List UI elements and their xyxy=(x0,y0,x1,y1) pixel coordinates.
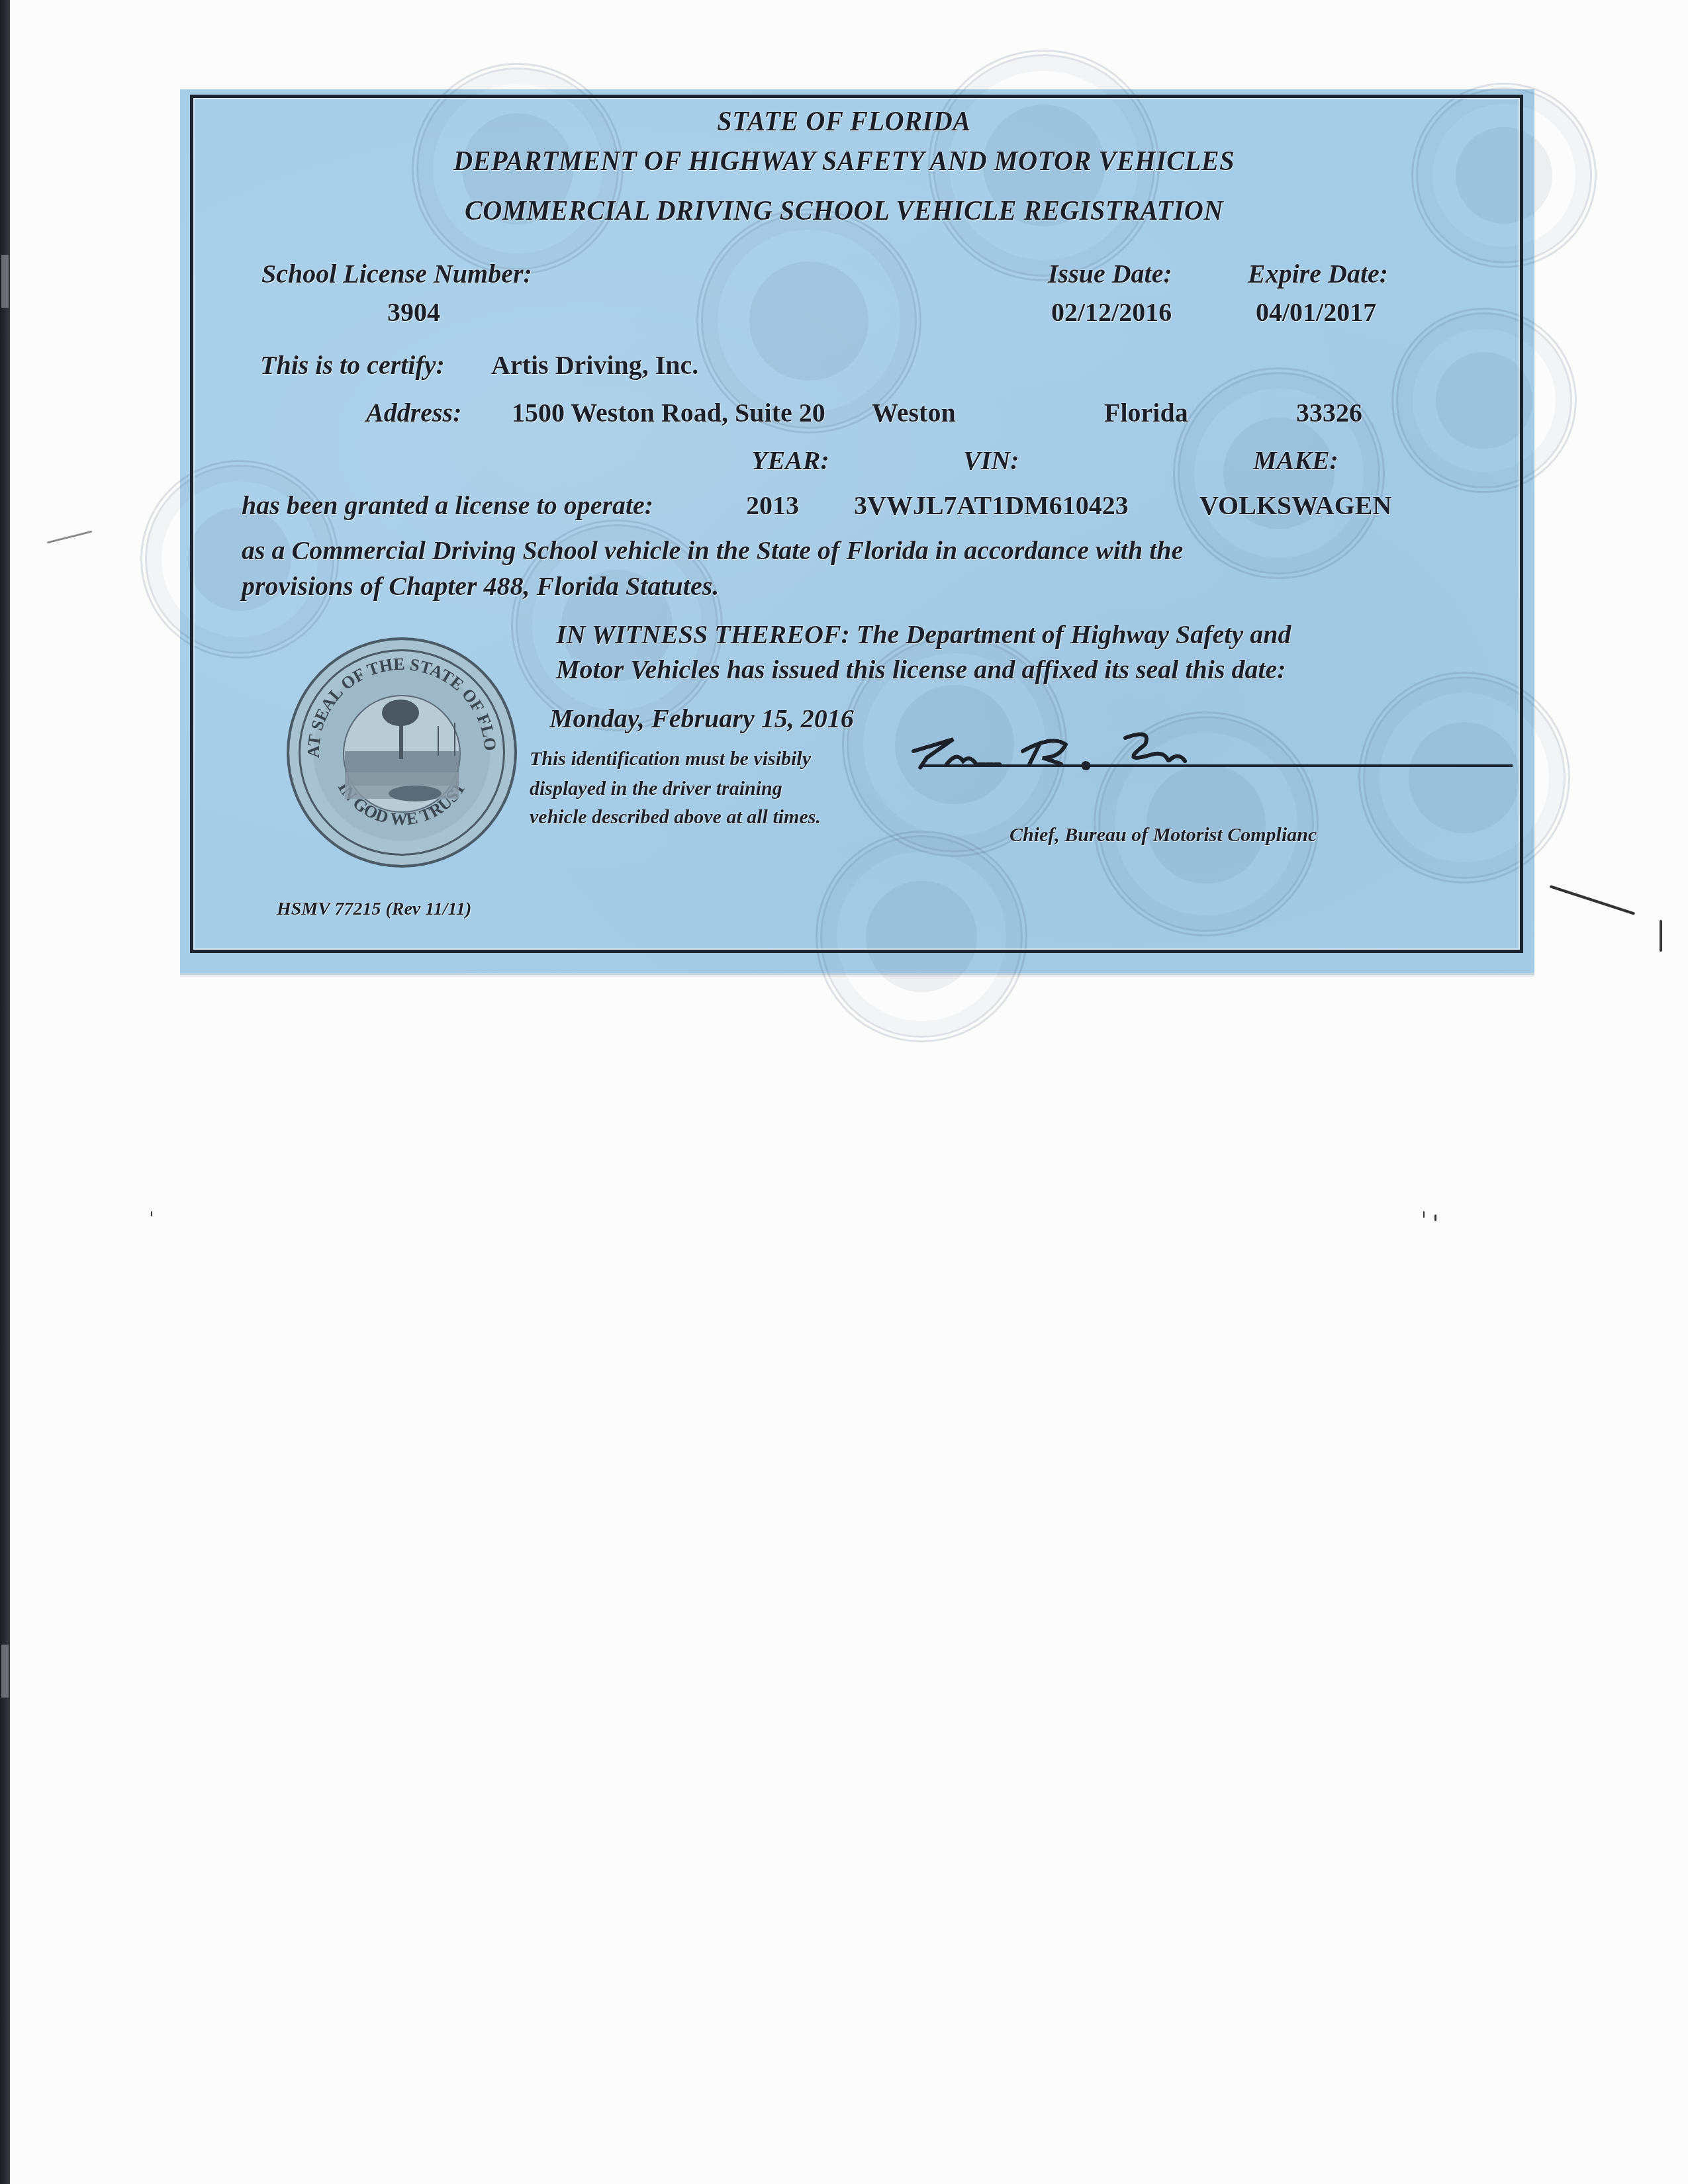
vin-label: VIN: xyxy=(963,445,1019,476)
witness-line-1: IN WITNESS THEREOF: The Department of Hi… xyxy=(556,619,1291,650)
witness-line-2: Motor Vehicles has issued this license a… xyxy=(556,654,1286,685)
license-number: 3904 xyxy=(387,296,440,328)
form-id: HSMV 77215 (Rev 11/11) xyxy=(277,899,471,920)
address-street: 1500 Weston Road, Suite 20 xyxy=(512,397,825,428)
issue-date: 02/12/2016 xyxy=(1051,296,1172,328)
year-label: YEAR: xyxy=(751,445,829,476)
header-state: STATE OF FLORIDA xyxy=(34,106,1654,138)
stray-mark xyxy=(1550,885,1636,915)
scanner-glare xyxy=(1,255,9,308)
scanner-edge xyxy=(0,0,10,2184)
expire-date-label: Expire Date: xyxy=(1248,258,1388,289)
stray-mark xyxy=(47,531,93,544)
provisions-line-1: as a Commercial Driving School vehicle i… xyxy=(242,535,1183,566)
stray-mark xyxy=(151,1211,152,1216)
address-state: Florida xyxy=(1104,397,1188,428)
notice-line-1: This identification must be visibily xyxy=(530,748,811,770)
stray-mark xyxy=(1660,920,1662,952)
certify-label: This is to certify: xyxy=(260,349,445,381)
address-zip: 33326 xyxy=(1296,397,1362,428)
header-registration: COMMERCIAL DRIVING SCHOOL VEHICLE REGIST… xyxy=(34,195,1654,227)
signature-line xyxy=(923,764,1513,767)
provisions-line-2: provisions of Chapter 488, Florida Statu… xyxy=(242,570,719,602)
vehicle-year: 2013 xyxy=(746,490,799,521)
address-label: Address: xyxy=(366,397,461,428)
notice-line-3: vehicle described above at all times. xyxy=(530,806,821,829)
florida-seal-icon: GREAT SEAL OF THE STATE OF FLORIDA IN GO… xyxy=(287,637,517,868)
stray-mark xyxy=(1423,1211,1425,1218)
expire-date: 04/01/2017 xyxy=(1256,296,1376,328)
school-name: Artis Driving, Inc. xyxy=(491,349,698,381)
scanner-glare xyxy=(1,1645,9,1698)
stray-mark xyxy=(1434,1214,1436,1221)
header-department: DEPARTMENT OF HIGHWAY SAFETY AND MOTOR V… xyxy=(34,146,1654,177)
grant-label: has been granted a license to operate: xyxy=(242,490,653,521)
vehicle-vin: 3VWJL7AT1DM610423 xyxy=(854,490,1129,521)
make-label: MAKE: xyxy=(1253,445,1338,476)
vehicle-make: VOLKSWAGEN xyxy=(1199,490,1391,521)
issue-date-label: Issue Date: xyxy=(1048,258,1172,289)
license-number-label: School License Number: xyxy=(261,258,532,289)
signature-title: Chief, Bureau of Motorist Complianc xyxy=(1009,824,1317,846)
witness-date: Monday, February 15, 2016 xyxy=(549,703,854,734)
signature-icon xyxy=(900,725,1311,784)
address-city: Weston xyxy=(872,397,956,428)
notice-line-2: displayed in the driver training xyxy=(530,778,782,800)
